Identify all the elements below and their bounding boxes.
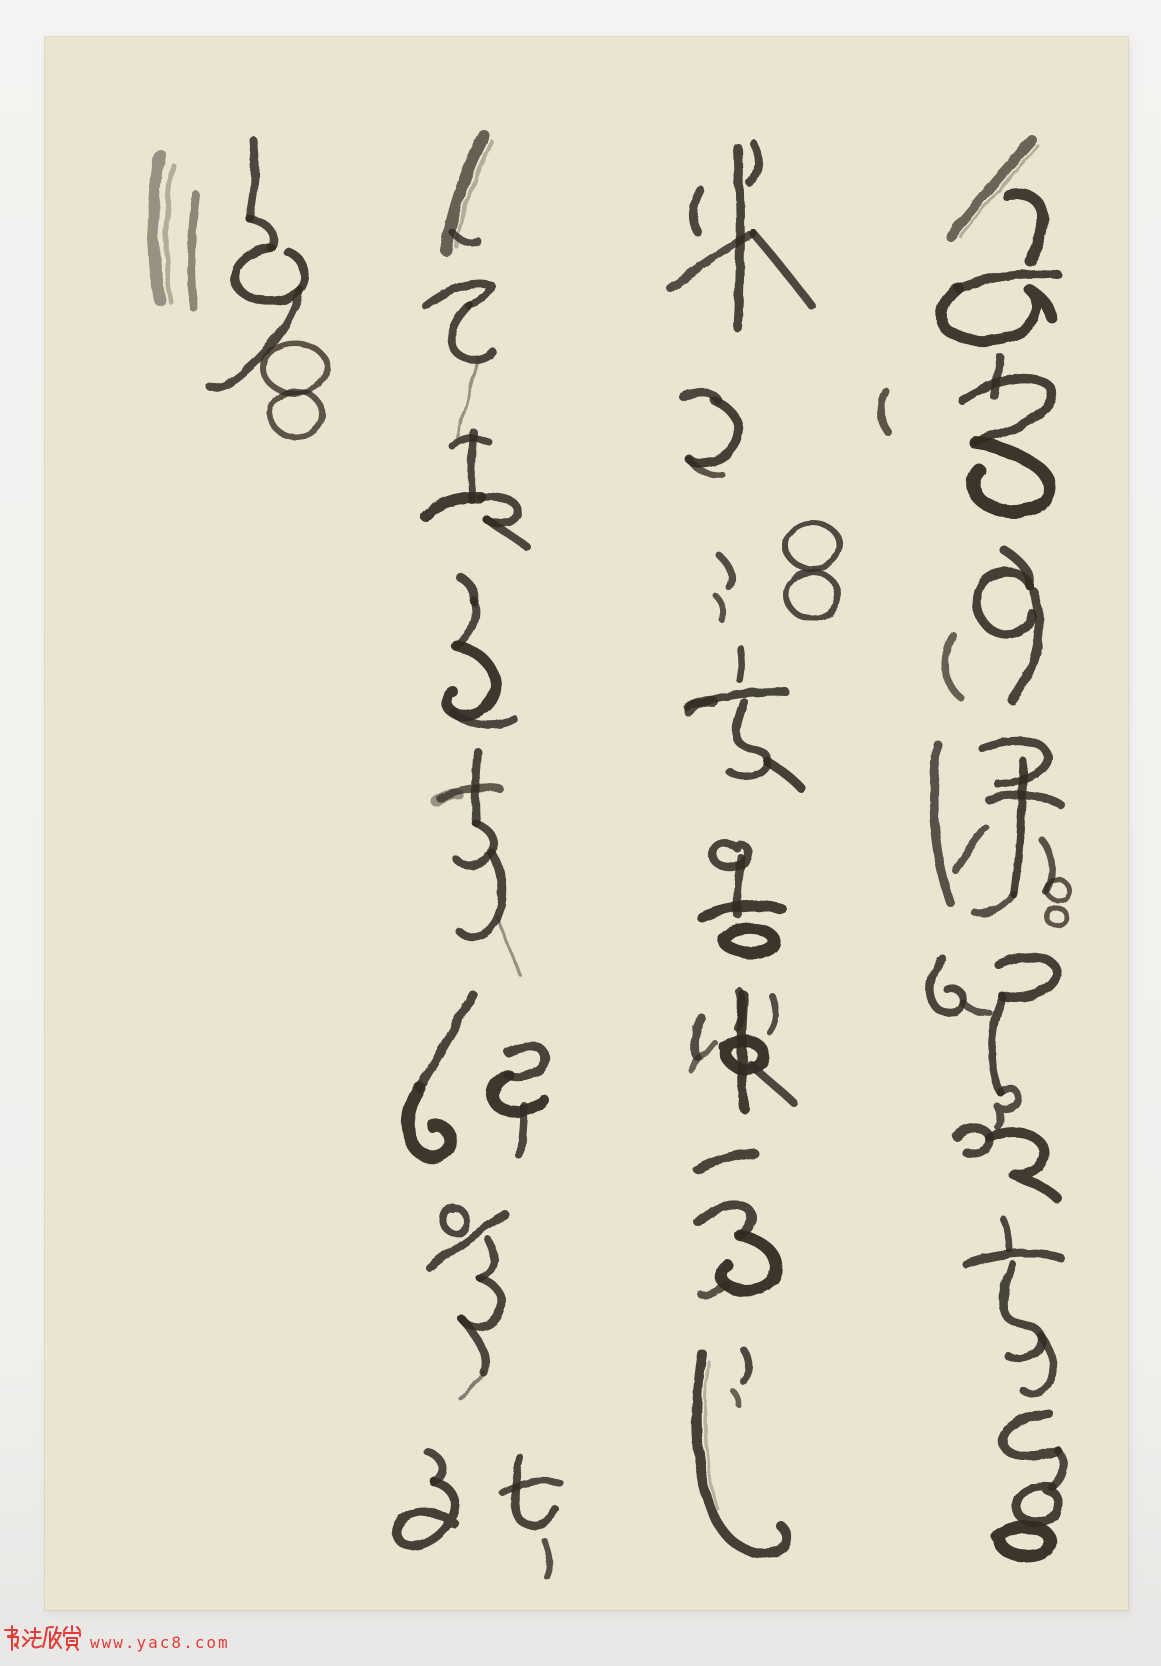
watermark-glyph-stroke: [47, 1627, 53, 1628]
watermark-glyph-fa: [23, 1628, 41, 1647]
brush-stroke: [191, 195, 196, 308]
watermark-glyph-shu: [5, 1626, 18, 1650]
paper-texture: [45, 37, 1128, 1610]
watermark-glyph-stroke: [64, 1627, 67, 1631]
watermark-glyph-stroke: [64, 1633, 80, 1636]
watermark-glyph-xin: [43, 1627, 61, 1648]
brush-stroke: [741, 996, 744, 1108]
watermark-glyph-stroke: [43, 1628, 47, 1647]
brush-stroke: [153, 155, 160, 300]
brush-stroke: [520, 1106, 524, 1156]
watermark-glyph-shang: [64, 1626, 80, 1650]
watermark-cjk-glyphs: [5, 1626, 80, 1650]
brush-stroke: [471, 432, 474, 501]
watermark-latin-text: www.yac8.com: [90, 1633, 230, 1652]
watermark: 书法欣赏 www.yac8.com: [5, 1626, 230, 1652]
watermark-glyph-stroke: [23, 1637, 26, 1640]
watermark-glyph-stroke: [33, 1640, 42, 1647]
brush-stroke: [740, 648, 742, 680]
calligraphy-artwork: 书法欣赏 www.yac8.com: [0, 0, 1161, 1666]
watermark-glyph-stroke: [77, 1627, 80, 1631]
watermark-glyph-stroke: [25, 1630, 28, 1633]
